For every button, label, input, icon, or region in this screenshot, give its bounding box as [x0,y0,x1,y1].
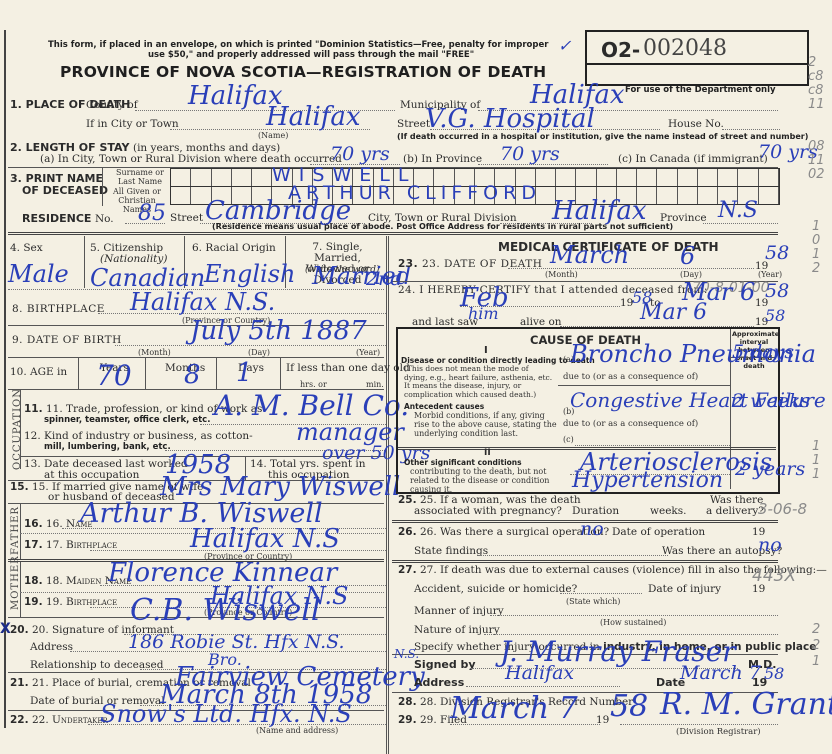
date-of-death-month[interactable]: March [550,243,629,267]
less-than-day-label: If less than one day old [286,362,410,374]
manner-line [490,615,778,616]
residence-province-value[interactable]: N.S [718,200,758,222]
margin-pencil-marks: 2 c8 c8 11 [808,56,828,112]
pregnancy-pencil-code: 3-06-8 [758,500,807,518]
industry-value[interactable]: manager [296,420,404,444]
margin-pencil-marks-2: 08 11 02 [808,140,828,182]
last-saw-year[interactable]: 58 [765,308,785,324]
dob-year-caption: (Year) [356,348,380,357]
document-title: PROVINCE OF NOVA SCOTIA—REGISTRATION OF … [60,63,546,81]
hospital-note: (If death occurred in a hospital or inst… [397,132,808,141]
other-condition-2[interactable]: Hypertension [572,470,723,492]
check-mark: ✓ [558,38,571,54]
accident-label: Accident, suicide or homicide? [414,583,577,595]
surname-label: Surname or Last Name [112,168,168,186]
age-div-2 [145,357,146,389]
accident-line [560,593,642,594]
age-years-value[interactable]: 70 [96,362,132,390]
informant-signature-value[interactable]: C.B. Wiswell [130,596,320,626]
father-side-div [20,503,21,559]
industry-label: 12. Kind of industry or business, as cot… [24,430,253,442]
name-caption: (Name) [258,131,288,140]
signature-address-label: Address [414,676,464,689]
father-birthplace-value[interactable]: Halifax N.S [190,526,340,552]
stay-a-value[interactable]: 70 yrs [330,145,390,164]
age-label: 10. AGE in [10,366,67,378]
mother-side-div [20,562,21,617]
residence-street-label: Street [170,212,203,224]
other-conditions-label: Other significant conditions [404,458,522,467]
margin-pencil-marks-5: 2 2 1 [812,622,832,670]
residence-note: (Residence means usual place of abode. P… [212,222,673,231]
due-to-1: due to (or as a consequence of) [563,372,698,382]
age-div-3 [216,357,217,389]
divider-residence [8,232,778,235]
registration-number: 002048 [643,36,727,61]
box-divider [587,63,807,65]
accident-caption: (State which) [566,597,620,606]
filed-value[interactable]: March 7 [450,694,578,724]
date-of-death-day[interactable]: 6 [680,244,695,268]
citizenship-value[interactable]: Canadian [90,266,205,290]
injury-year-prefix: 19 [752,583,765,595]
registrar-line [620,724,778,725]
part2-roman: II [484,448,491,458]
birthplace-value[interactable]: Halifax N.S. [130,290,275,314]
residence-label: RESIDENCE No. [22,212,114,225]
cause-b-interval[interactable]: 2 weeks [732,392,810,411]
birthplace-label: 8. BIRTHPLACE [12,303,105,315]
city-label: If in City or Town [86,118,179,130]
trade-examples: spinner, teamster, office clerk, etc. [44,415,210,425]
year-caption: (Year) [758,270,782,279]
autopsy-value[interactable]: no [758,536,782,555]
operation-label: 26. 26. Was there a surgical operation? [398,526,609,538]
min-label: min. [366,380,384,389]
dob-month-caption: (Month) [138,348,171,357]
last-saw-pronoun[interactable]: him [468,306,499,322]
registration-prefix: O2- [601,38,640,62]
residence-no-value[interactable]: 85 [138,203,166,225]
col-div-1 [84,236,85,288]
sex-value[interactable]: Male [8,262,69,286]
signature-address-line [466,686,620,687]
age-div-4 [280,357,281,389]
due-to-2: due to (or as a consequence of) [563,419,698,429]
cause-a-interval[interactable]: 5 days [732,343,794,362]
part1-roman: I [484,345,488,356]
undertaker-value[interactable]: Snow's Ltd. Hfx. N.S [100,702,352,726]
age-div-1 [78,357,79,389]
stay-c-label: (c) In Canada (if immigrant) [618,153,768,165]
occupation-side-div [20,389,21,469]
house-no-label: House No. [668,118,724,130]
registrar-signature[interactable]: R. M. Grant [660,690,832,720]
occupation-side-label: OCCUPATION [12,388,23,470]
last-saw-date[interactable]: Mar 6 [640,302,707,324]
margin-pencil-marks-3: 1 0 1 2 [812,220,832,276]
signature-year-value[interactable]: 58 [764,666,784,682]
filed-year-prefix: 19 [596,714,609,726]
delivery-label-2: a delivery? [706,505,764,517]
duration-label: Duration [572,505,619,517]
city-value[interactable]: Halifax [266,104,361,130]
residence-street-value[interactable]: Cambridge [205,198,351,224]
operation-value[interactable]: no [580,520,604,539]
mail-notice-line1: This form, if placed in an envelope, on … [48,40,548,50]
age-days-value[interactable]: 1 [236,360,253,386]
antecedent-label: Antecedent causes [404,402,484,411]
age-months-value[interactable]: 8 [184,362,201,388]
name-label-2: OF DECEASED [22,184,108,197]
margin-pencil-marks-4: 1 1 1 [812,440,832,482]
dob-day-caption: (Day) [248,348,270,357]
injury-date-label: Date of injury [648,583,721,595]
department-note: For use of the Department only [625,85,776,95]
informant-address-label: Address [30,641,73,653]
filed-year-value[interactable]: 58 [610,692,648,722]
residence-province-line [703,223,778,224]
racial-origin-value[interactable]: English [204,262,295,286]
date-of-death-year[interactable]: 58 [765,244,789,263]
other-interval[interactable]: 2 years [735,460,805,479]
trade-value[interactable]: A. M. Bell Co. [214,392,409,420]
death-certificate: This form, if placed in an envelope, on … [0,0,832,754]
antecedent-note: Morbid conditions, if any, giving rise t… [414,411,562,438]
certify-label: 24. I HEREBY CERTIFY that I attended dec… [398,284,708,296]
cause-c-line [575,445,730,446]
undertaker-caption: (Name and address) [256,726,338,735]
racial-origin-label: 6. Racial Origin [192,242,276,254]
street-value[interactable]: V.G. Hospital [425,106,595,132]
attended-to-year[interactable]: 58 [765,282,789,301]
registration-number-box: O2- 002048 [585,30,809,86]
dob-label: 9. DATE OF BIRTH [12,334,122,346]
house-no-line [722,129,780,130]
sex-label: 4. Sex [10,242,43,254]
date-of-death-line [508,268,754,269]
divider-dob [8,357,384,358]
findings-line [478,555,668,556]
month-caption: (Month) [545,270,578,279]
cause-a-div [558,385,730,386]
name-divider [102,168,103,206]
residence-city-value[interactable]: Halifax [552,198,647,224]
margin-note-left: 2nd [366,270,403,289]
weeks-label: weeks. [650,505,687,517]
divider-operation [392,560,778,563]
stay-b-value[interactable]: 70 yrs [500,145,560,164]
manner-caption: (How sustained) [600,618,666,627]
hrs-label: hrs. or [300,380,327,389]
industry-examples: mill, lumbering, bank, etc. [44,442,171,452]
spouse-value[interactable]: Mrs Mary Wiswell [160,474,400,500]
signed-by-label: Signed by [414,658,476,671]
c-marker: (c) [563,435,574,444]
other-conditions-note: contributing to the death, but not relat… [410,467,562,494]
county-label: County of [86,99,138,111]
registrar-caption: (Division Registrar) [676,727,761,737]
place-of-death-label: 1. PLACE OF DEATH [10,99,58,111]
dob-value[interactable]: July 5th 1887 [190,318,367,344]
pregnancy-label-2: associated with pregnancy? [414,505,562,517]
signature-date-value[interactable]: March 7 [680,664,761,683]
signature-address-value[interactable]: Halifax [505,664,574,683]
father-name-value[interactable]: Arthur B. Wiswell [80,500,323,527]
direct-note: (This does not mean the mode of dying, e… [404,365,554,399]
operation-date-label: Date of operation [612,526,705,538]
mail-notice-line2: use $50," and properly addressed will pa… [148,50,474,60]
